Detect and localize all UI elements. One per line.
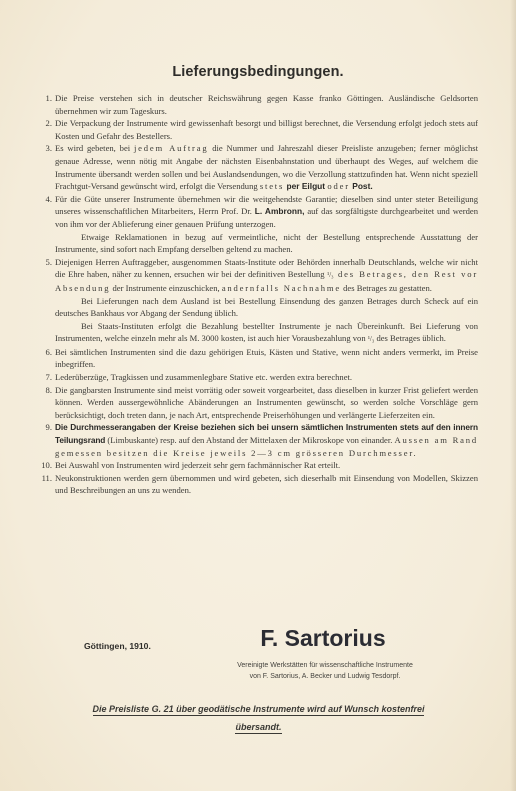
firm-subtitle-line-1: Vereinigte Werkstätten für wissenschaftl… — [200, 660, 450, 671]
conditions-list: 1. Die Preise verstehen sich in deutsche… — [38, 92, 478, 497]
condition-item-6: 6. Bei sämtlichen Instrumenten sind die … — [38, 346, 478, 371]
condition-item-3: 3. Es wird gebeten, bei jedem Auftrag di… — [38, 142, 478, 192]
item-text: Lederüberzüge, Tragkissen und zusammenle… — [55, 372, 352, 382]
item-text: Neukonstruktionen werden gern übernommen… — [55, 473, 478, 496]
condition-item-10: 10. Bei Auswahl von Instrumenten wird je… — [38, 459, 478, 472]
condition-item-8: 8. Die gangbarsten Instrumente sind meis… — [38, 384, 478, 422]
bold-emphasis: Post. — [350, 181, 373, 191]
item-number: 7. — [38, 371, 52, 384]
notice-line-2: übersandt. — [235, 722, 281, 734]
firm-subtitle-line-2: von F. Sartorius, A. Becker und Ludwig T… — [200, 671, 450, 682]
spaced-emphasis: stets — [260, 181, 284, 191]
item-number: 6. — [38, 346, 52, 359]
item-text: Bei sämtlichen Instrumenten sind die daz… — [55, 347, 478, 370]
document-title: Lieferungsbedingungen. — [0, 64, 516, 80]
condition-item-4: 4. Für die Güte unserer Instrumente über… — [38, 193, 478, 256]
condition-item-9: 9. Die Durchmesserangaben der Kreise bez… — [38, 421, 478, 459]
condition-item-1: 1. Die Preise verstehen sich in deutsche… — [38, 92, 478, 117]
item-text: (Limbuskante) resp. auf den Abstand der … — [105, 435, 394, 445]
firm-name: F. Sartorius — [243, 625, 403, 652]
item-number: 9. — [38, 421, 52, 434]
item-text: des Betrages üblich. — [374, 333, 446, 343]
spaced-emphasis: oder — [327, 181, 349, 191]
item-paragraph: Etwaige Reklamationen in bezug auf verme… — [55, 231, 478, 256]
item-text: des Betrages zu gestatten. — [341, 283, 432, 293]
item-text: Die Preise verstehen sich in deutscher R… — [55, 93, 478, 116]
item-number: 3. — [38, 142, 52, 155]
condition-item-11: 11. Neukonstruktionen werden gern überno… — [38, 472, 478, 497]
notice-line-1: Die Preisliste G. 21 über geodätische In… — [93, 704, 425, 716]
item-paragraph: Bei Staats-Instituten erfolgt die Bezahl… — [55, 320, 478, 346]
item-number: 5. — [38, 256, 52, 269]
item-number: 1. — [38, 92, 52, 105]
page-edge-shadow — [510, 0, 516, 791]
firm-subtitle: Vereinigte Werkstätten für wissenschaftl… — [200, 660, 450, 682]
bold-name: L. Ambronn, — [255, 206, 305, 216]
item-number: 2. — [38, 117, 52, 130]
item-number: 4. — [38, 193, 52, 206]
item-number: 8. — [38, 384, 52, 397]
item-text: Bei Auswahl von Instrumenten wird jederz… — [55, 460, 340, 470]
condition-item-2: 2. Die Verpackung der Instrumente wird g… — [38, 117, 478, 142]
item-text: Die gangbarsten Instrumente sind meist v… — [55, 385, 478, 420]
item-text: Die Verpackung der Instrumente wird gewi… — [55, 118, 478, 141]
item-number: 10. — [34, 459, 52, 472]
spaced-emphasis: jedem Auftrag — [134, 143, 208, 153]
condition-item-7: 7. Lederüberzüge, Tragkissen und zusamme… — [38, 371, 478, 384]
document-page: Lieferungsbedingungen. 1. Die Preise ver… — [0, 0, 516, 791]
place-date: Göttingen, 1910. — [84, 641, 151, 651]
item-paragraph: Bei Lieferungen nach dem Ausland ist bei… — [55, 295, 478, 320]
condition-item-5: 5. Diejenigen Herren Auftraggeber, ausge… — [38, 256, 478, 346]
bold-emphasis: per Eilgut — [284, 181, 327, 191]
item-text: der Instrumente einzuschicken, — [110, 283, 221, 293]
spaced-emphasis: andernfalls Nachnahme — [222, 283, 341, 293]
item-text: Es wird gebeten, bei — [55, 143, 134, 153]
price-list-notice: Die Preisliste G. 21 über geodätische In… — [66, 700, 451, 736]
item-number: 11. — [34, 472, 52, 485]
